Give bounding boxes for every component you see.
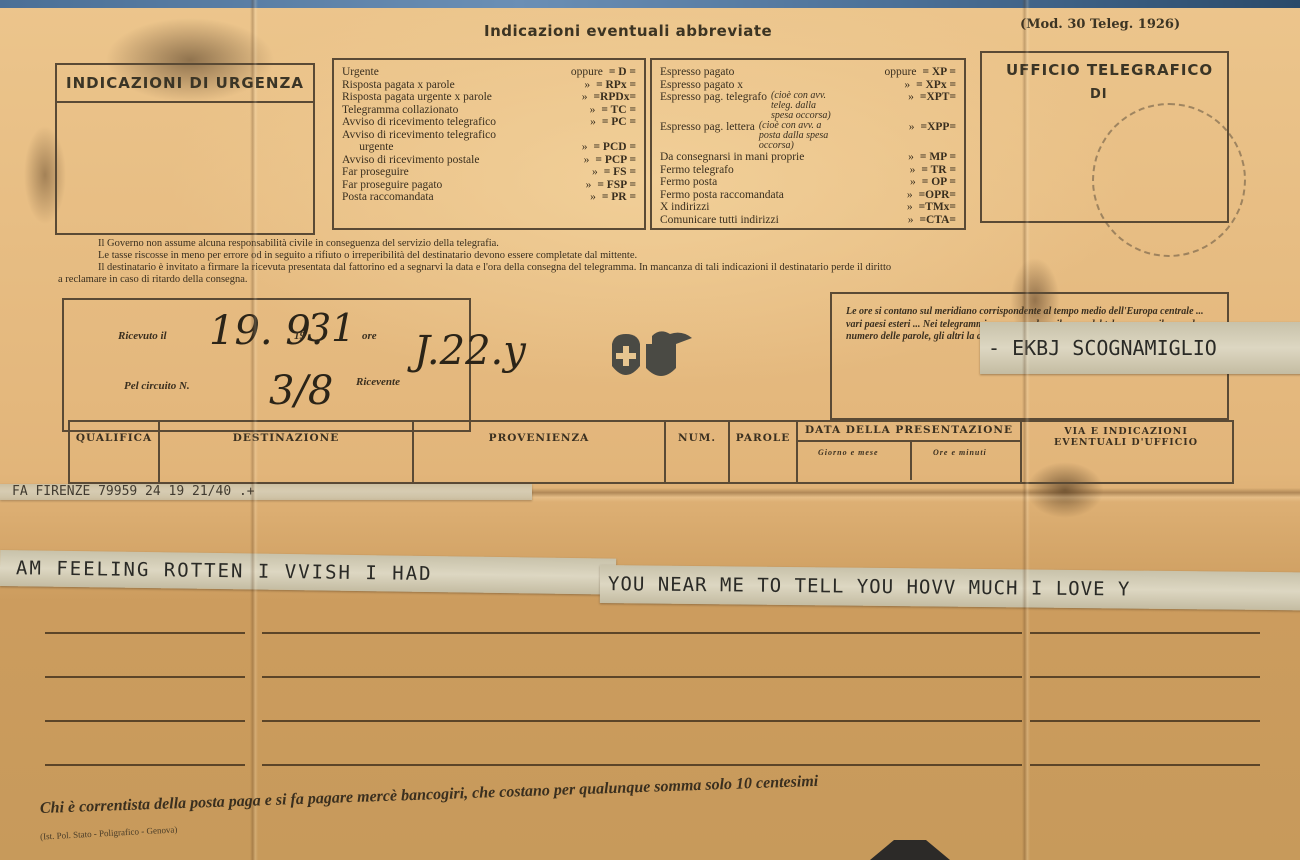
col-via-indicazioni: VIA E INDICAZIONI EVENTUALI D'UFFICIO	[1022, 422, 1230, 482]
col-parole: PAROLE	[730, 422, 798, 482]
abbreviation-label: Avviso di ricevimento postale	[342, 154, 479, 167]
abbreviation-row: Risposta pagata urgente x parole»=RPDx=	[334, 91, 644, 104]
abbreviation-code: »=CTA=	[836, 214, 956, 227]
ruled-line	[1030, 676, 1260, 678]
abbreviation-row: X indirizzi»=TMx=	[652, 201, 964, 214]
ruled-line	[45, 720, 245, 722]
message-text-right: YOU NEAR ME TO TELL YOU HOVV MUCH I LOVE…	[608, 573, 1131, 600]
urgency-box-title: INDICAZIONI DI URGENZA	[57, 65, 313, 103]
abbreviation-label: Avviso di ricevimento telegrafico	[342, 116, 496, 129]
abbreviation-code: »= XPx =	[836, 79, 956, 92]
blue-cloth-background	[0, 0, 1300, 8]
abbreviation-label: Espresso pagato x	[660, 79, 743, 92]
receiver-signature: J.22.y	[414, 328, 526, 374]
abbreviation-label: Espresso pag. lettera	[660, 121, 755, 151]
col-destinazione: DESTINAZIONE	[160, 422, 414, 482]
abbreviation-label: Fermo telegrafo	[660, 164, 734, 177]
receiver-label: Ricevente	[356, 376, 400, 388]
urgency-box: INDICAZIONI DI URGENZA	[55, 63, 315, 235]
abbreviation-label: Da consegnarsi in mani proprie	[660, 151, 804, 164]
ruled-line	[1030, 764, 1260, 766]
abbreviation-label: Far proseguire pagato	[342, 179, 442, 192]
abbreviation-code: »=XPT=	[836, 91, 956, 121]
abbreviation-row: Avviso di ricevimento telegrafico	[334, 129, 644, 142]
abbreviation-code	[556, 129, 636, 142]
abbreviation-label: Urgente	[342, 66, 379, 79]
postmark-stamp	[1092, 103, 1246, 257]
office-box-title: UFFICIO TELEGRAFICO	[1006, 61, 1213, 79]
abbreviation-code: »= PCD =	[556, 141, 636, 154]
abbreviation-code: »= TR =	[836, 164, 956, 177]
abbreviation-code: »=XPP=	[836, 121, 956, 151]
circuit-value: 3/8	[269, 368, 333, 414]
col-data-presentazione: DATA DELLA PRESENTAZIONE Giorno e mese O…	[798, 422, 1022, 482]
ruled-line	[45, 676, 245, 678]
abbreviation-label: X indirizzi	[660, 201, 710, 214]
abbreviation-code: »= MP =	[836, 151, 956, 164]
fold-crease	[250, 0, 258, 860]
fold-crease	[1022, 0, 1030, 860]
abbreviation-row: Fermo telegrafo»= TR =	[652, 164, 964, 177]
abbreviation-code: »= PCP =	[556, 154, 636, 167]
abbreviation-row: Espresso pagatooppure= XP =	[652, 66, 964, 79]
abbreviation-code: »= FSP =	[556, 179, 636, 192]
abbreviation-code: »= OP =	[836, 176, 956, 189]
abbreviation-label: Avviso di ricevimento telegrafico	[342, 129, 496, 142]
abbreviation-row: Espresso pag. telegrafo(cioè con avv. te…	[652, 91, 964, 121]
abbreviation-row: Urgenteoppure= D =	[334, 66, 644, 79]
telegraph-office-box: UFFICIO TELEGRAFICO DI	[980, 51, 1229, 223]
col-provenienza: PROVENIENZA	[414, 422, 666, 482]
abbreviation-row: Posta raccomandata»= PR =	[334, 191, 644, 204]
abbreviation-label: Risposta pagata x parole	[342, 79, 455, 92]
abbreviation-row: Fermo posta raccomandata»=OPR=	[652, 189, 964, 202]
abbreviation-label: urgente	[342, 141, 394, 154]
ruled-line	[262, 720, 1022, 722]
sub-giorno-mese: Giorno e mese	[818, 448, 879, 457]
abbreviation-note: (cioè con avv. a posta dalla spesa occor…	[755, 121, 836, 151]
received-label: Ricevuto il	[118, 330, 167, 342]
abbreviation-row: Far proseguire pagato»= FSP =	[334, 179, 644, 192]
abbreviation-label: Comunicare tutti indirizzi	[660, 214, 779, 227]
abbreviation-row: Avviso di ricevimento postale»= PCP =	[334, 154, 644, 167]
ruled-line	[45, 632, 245, 634]
abbreviation-label: Espresso pagato	[660, 66, 734, 79]
disclaimer-line: Le tasse riscosse in meno per errore od …	[58, 250, 1238, 262]
sub-ore-minuti: Ore e minuti	[933, 448, 987, 457]
ruled-line	[262, 764, 1022, 766]
abbreviation-label: Fermo posta raccomandata	[660, 189, 784, 202]
disclaimer-text: Il Governo non assume alcuna responsabil…	[58, 238, 1238, 286]
abbreviation-row: Risposta pagata x parole»= RPx =	[334, 79, 644, 92]
year-value: 31	[307, 306, 355, 350]
abbreviation-label: Risposta pagata urgente x parole	[342, 91, 492, 104]
abbreviations-left-box: Urgenteoppure= D =Risposta pagata x paro…	[332, 58, 646, 230]
ruled-line	[1030, 632, 1260, 634]
abbreviation-code: »= TC =	[556, 104, 636, 117]
abbreviation-label: Telegramma collazionato	[342, 104, 458, 117]
disclaimer-line: a reclamare in caso di ritardo della con…	[58, 274, 1238, 286]
abbreviation-row: Telegramma collazionato»= TC =	[334, 104, 644, 117]
abbreviation-label: Fermo posta	[660, 176, 717, 189]
abbreviation-code: oppure= D =	[556, 66, 636, 79]
abbreviation-code: »=TMx=	[836, 201, 956, 214]
abbreviation-code: »= FS =	[556, 166, 636, 179]
receipt-box: Ricevuto il 19. 9. 19 31 ore Pel circuit…	[62, 298, 471, 432]
abbreviations-header: Indicazioni eventuali abbreviate	[484, 22, 772, 40]
abbreviation-code: »=RPDx=	[556, 91, 636, 104]
abbreviation-row: Comunicare tutti indirizzi»=CTA=	[652, 214, 964, 227]
message-tape-right: YOU NEAR ME TO TELL YOU HOVV MUCH I LOVE…	[600, 565, 1300, 610]
ruled-line	[1030, 720, 1260, 722]
abbreviation-code: oppure= XP =	[836, 66, 956, 79]
form-model-number: (Mod. 30 Teleg. 1926)	[1020, 17, 1180, 32]
abbreviation-label: Posta raccomandata	[342, 191, 434, 204]
abbreviation-note: (cioè con avv. teleg. dalla spesa occors…	[767, 91, 836, 121]
abbreviation-code: »= RPx =	[556, 79, 636, 92]
ruled-line	[262, 632, 1022, 634]
hour-label: ore	[362, 330, 377, 342]
disclaimer-line: Il Governo non assume alcuna responsabil…	[58, 238, 1238, 250]
year-label: 19	[294, 330, 305, 342]
header-tape: FA FIRENZE 79959 24 19 21/40 .+	[0, 484, 532, 500]
office-box-sub: DI	[1090, 87, 1108, 102]
disclaimer-line: Il destinatario è invitato a firmare la …	[58, 262, 1238, 274]
col-qualifica: QUALIFICA	[70, 422, 160, 482]
abbreviation-label: Espresso pag. telegrafo	[660, 91, 767, 121]
abbreviation-label: Far proseguire	[342, 166, 409, 179]
abbreviation-row: urgente»= PCD =	[334, 141, 644, 154]
transmission-header-table: QUALIFICA DESTINAZIONE PROVENIENZA NUM. …	[68, 420, 1234, 484]
transmission-header: FA FIRENZE 79959 24 19 21/40 .+	[12, 484, 255, 499]
abbreviation-row: Avviso di ricevimento telegrafico»= PC =	[334, 116, 644, 129]
col-num: NUM.	[666, 422, 730, 482]
ruled-line	[262, 676, 1022, 678]
message-text-left: AM FEELING ROTTEN I VVISH I HAD	[16, 557, 433, 585]
circuit-label: Pel circuito N.	[124, 380, 190, 392]
ruled-line	[45, 764, 245, 766]
abbreviation-code: »= PR =	[556, 191, 636, 204]
abbreviation-code: »=OPR=	[836, 189, 956, 202]
abbreviation-row: Da consegnarsi in mani proprie»= MP =	[652, 151, 964, 164]
abbreviations-right-box: Espresso pagatooppure= XP =Espresso paga…	[650, 58, 966, 230]
abbreviation-row: Espresso pag. lettera(cioè con avv. a po…	[652, 121, 964, 151]
abbreviation-row: Far proseguire»= FS =	[334, 166, 644, 179]
abbreviation-code: »= PC =	[556, 116, 636, 129]
abbreviation-row: Fermo posta»= OP =	[652, 176, 964, 189]
savoy-coat-of-arms-icon	[604, 326, 704, 386]
